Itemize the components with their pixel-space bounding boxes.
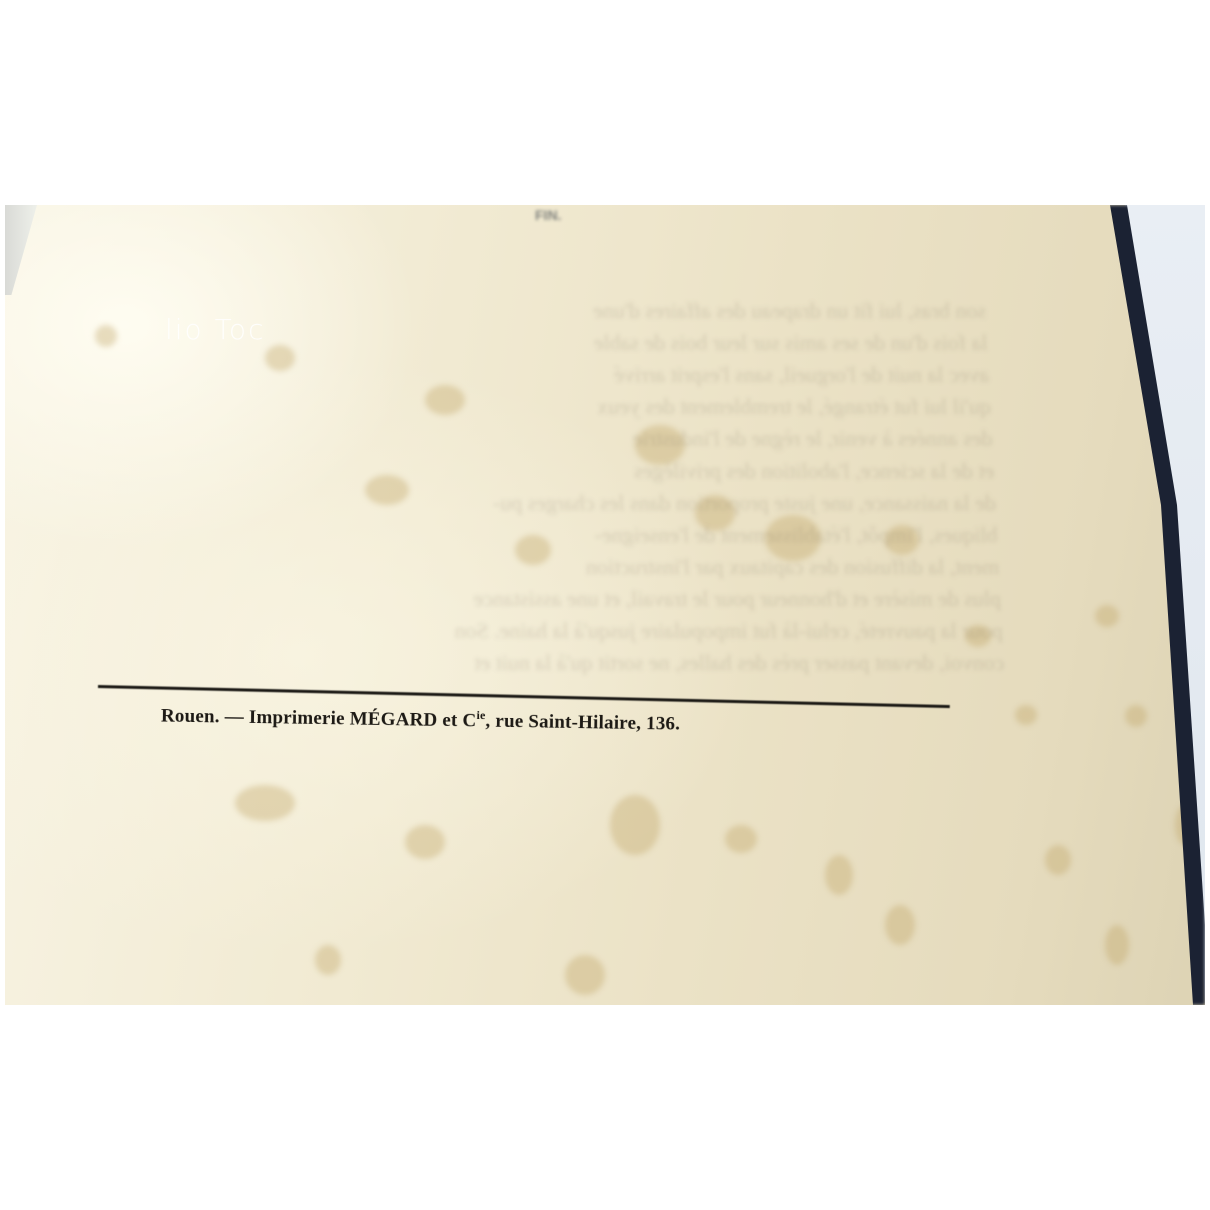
- foxing-stain: [235, 785, 295, 821]
- show-through-line: plus de misère et d'honneur pour le trav…: [180, 583, 1002, 615]
- foxing-stain: [1015, 705, 1037, 725]
- foxing-stain: [565, 955, 605, 995]
- show-through-line: la fois d'un de ses amis sur leur bois d…: [167, 327, 989, 359]
- show-through-text: son bras, lui fit un drapeau des affaire…: [165, 295, 1005, 679]
- show-through-line: des années à venir, le règne de l'indust…: [172, 423, 994, 455]
- show-through-line: son bras, lui fit un drapeau des affaire…: [165, 295, 987, 327]
- show-through-line: bliques, l'impôt, l'établissement de l'e…: [177, 519, 999, 551]
- colophon-dash: —: [225, 706, 245, 727]
- foxing-stain: [95, 325, 117, 347]
- show-through-line: qu'il lui fut étrangé, le tremblement de…: [170, 391, 992, 423]
- foxing-stain: [405, 825, 445, 859]
- foxing-stain: [825, 855, 853, 895]
- show-through-line: ment, la diffusion des capitaux par l'in…: [178, 551, 1000, 583]
- colophon-company: et C: [442, 710, 476, 732]
- book-cover-edge: [1065, 205, 1205, 1005]
- show-through-line: et de la science, l'abolition des privil…: [173, 455, 995, 487]
- colophon-printer-prefix: Imprimerie: [249, 707, 345, 730]
- colophon-city: Rouen.: [161, 705, 220, 727]
- running-head: FIN.: [535, 207, 561, 223]
- printer-colophon: Rouen. — Imprimerie MÉGARD et Cie, rue S…: [161, 703, 681, 735]
- show-through-line: pour la pauvreté, celui-là fut impopulai…: [182, 615, 1004, 647]
- left-page-edge: [5, 205, 37, 295]
- show-through-line: avec la nuit de l'orgueil, sans l'esprit…: [168, 359, 990, 391]
- show-through-line: de la naissance, une juste proportion da…: [175, 487, 997, 519]
- colophon-printer-name: MÉGARD: [350, 708, 438, 730]
- watermark: lio Toc: [165, 313, 265, 346]
- foxing-stain: [315, 945, 341, 975]
- foxing-stain: [725, 825, 757, 853]
- colophon-number: , 136.: [636, 713, 680, 735]
- book-page-photo: FIN. son bras, lui fit un drapeau des af…: [5, 205, 1205, 1005]
- foxing-stain: [610, 795, 660, 855]
- foxing-stain: [885, 905, 915, 945]
- colophon-street: , rue Saint-Hilaire: [485, 710, 636, 733]
- show-through-line: convoi, devant passer près des halles, n…: [183, 647, 1005, 679]
- colophon-company-sup: ie: [476, 708, 485, 722]
